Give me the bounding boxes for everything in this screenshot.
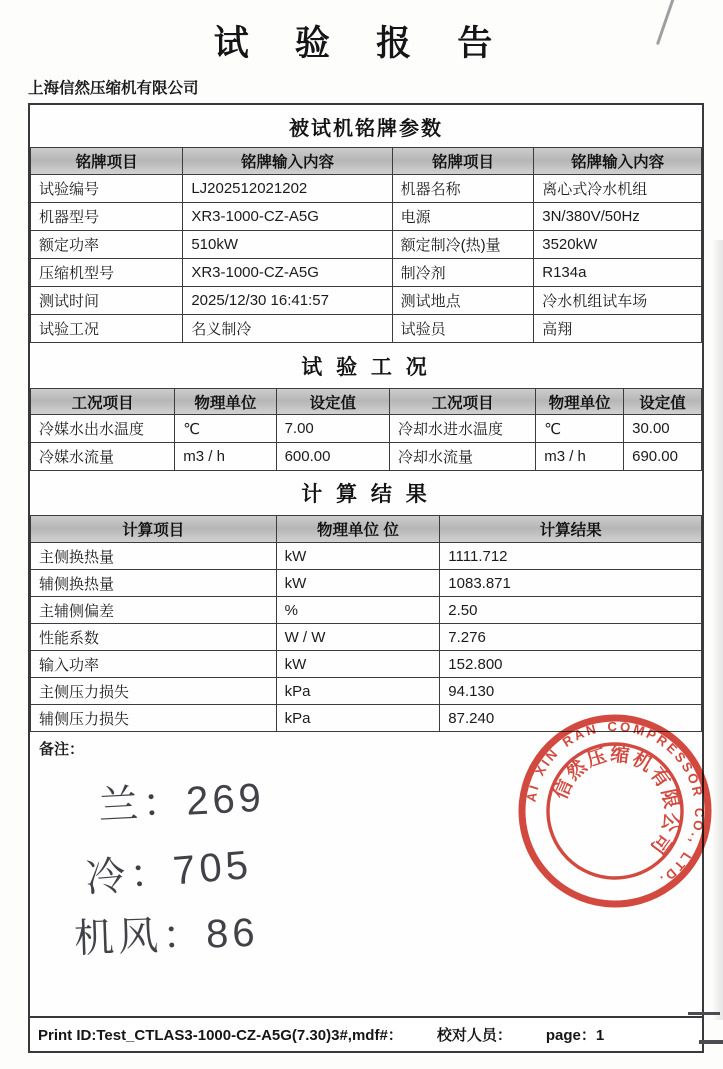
- column-header: 工况项目: [389, 389, 535, 415]
- table-row: 输入功率 kW 152.800: [31, 651, 702, 678]
- cell-unit: m3 / h: [536, 443, 624, 471]
- cell-label: 冷却水流量: [389, 443, 535, 471]
- section-title-nameplate: 被试机铭牌参数: [30, 105, 702, 147]
- photo-edge-shade: [712, 240, 723, 1020]
- cell-value: 2.50: [440, 597, 702, 624]
- cell-value: 510kW: [183, 231, 392, 259]
- nameplate-table: 铭牌项目 铭牌输入内容 铭牌项目 铭牌输入内容 试验编号 LJ202512021…: [30, 147, 702, 343]
- cell-label: 辅侧换热量: [31, 570, 277, 597]
- cell-label: 辅侧压力损失: [31, 705, 277, 732]
- cell-label: 主辅侧偏差: [31, 597, 277, 624]
- cell-value: 94.130: [440, 678, 702, 705]
- scan-artifact: [699, 1040, 723, 1044]
- column-header: 物理单位: [175, 389, 276, 415]
- cell-unit: ℃: [536, 415, 624, 443]
- cell-value: XR3-1000-CZ-A5G: [183, 259, 392, 287]
- section-title-results: 计 算 结 果: [30, 471, 702, 515]
- table-row: 主侧换热量 kW 1111.712: [31, 543, 702, 570]
- handwritten-note: 兰：269: [97, 766, 267, 832]
- table-row: 冷媒水流量 m3 / h 600.00 冷却水流量 m3 / h 690.00: [31, 443, 702, 471]
- cell-value: 1111.712: [440, 543, 702, 570]
- cell-label: 冷媒水出水温度: [31, 415, 175, 443]
- cell-label: 试验员: [392, 315, 534, 343]
- column-header: 计算结果: [440, 516, 702, 543]
- column-header: 铭牌项目: [31, 148, 183, 175]
- column-header: 铭牌输入内容: [534, 148, 702, 175]
- cell-unit: kPa: [276, 705, 440, 732]
- table-row: 试验编号 LJ202512021202 机器名称 离心式冷水机组: [31, 175, 702, 203]
- cell-value: 7.00: [276, 415, 389, 443]
- nameplate-header-row: 铭牌项目 铭牌输入内容 铭牌项目 铭牌输入内容: [31, 148, 702, 175]
- cell-label: 电源: [392, 203, 534, 231]
- scan-artifact: [688, 1012, 720, 1015]
- cell-label: 冷媒水流量: [31, 443, 175, 471]
- table-row: 性能系数 W / W 7.276: [31, 624, 702, 651]
- cell-value: 离心式冷水机组: [534, 175, 702, 203]
- cell-value: 名义制冷: [183, 315, 392, 343]
- cell-unit: kW: [276, 543, 440, 570]
- cell-label: 输入功率: [31, 651, 277, 678]
- conditions-table: 工况项目 物理单位 设定值 工况项目 物理单位 设定值 冷媒水出水温度 ℃ 7.…: [30, 388, 702, 471]
- cell-value: 152.800: [440, 651, 702, 678]
- table-row: 测试时间 2025/12/30 16:41:57 测试地点 冷水机组试车场: [31, 287, 702, 315]
- column-header: 设定值: [624, 389, 702, 415]
- cell-unit: kW: [276, 651, 440, 678]
- table-row: 辅侧压力损失 kPa 87.240: [31, 705, 702, 732]
- table-row: 冷媒水出水温度 ℃ 7.00 冷却水进水温度 ℃ 30.00: [31, 415, 702, 443]
- cell-value: 690.00: [624, 443, 702, 471]
- cell-label: 测试时间: [31, 287, 183, 315]
- cell-label: 试验工况: [31, 315, 183, 343]
- column-header: 设定值: [276, 389, 389, 415]
- table-row: 主侧压力损失 kPa 94.130: [31, 678, 702, 705]
- remarks-section: 备注： 兰：269 冷：705 机风：86: [30, 732, 702, 1016]
- cell-value: LJ202512021202: [183, 175, 392, 203]
- table-row: 压缩机型号 XR3-1000-CZ-A5G 制冷剂 R134a: [31, 259, 702, 287]
- cell-value: 87.240: [440, 705, 702, 732]
- cell-value: XR3-1000-CZ-A5G: [183, 203, 392, 231]
- table-row: 试验工况 名义制冷 试验员 高翔: [31, 315, 702, 343]
- cell-label: 主侧换热量: [31, 543, 277, 570]
- cell-label: 冷却水进水温度: [389, 415, 535, 443]
- reviewer-label: 校对人员：: [437, 1024, 512, 1045]
- handwritten-note: 机风：86: [73, 901, 259, 964]
- cell-unit: kW: [276, 570, 440, 597]
- cell-unit: W / W: [276, 624, 440, 651]
- cell-unit: %: [276, 597, 440, 624]
- section-title-conditions: 试 验 工 况: [30, 343, 702, 388]
- company-name: 上海信然压缩机有限公司: [28, 76, 199, 98]
- cell-label: 主侧压力损失: [31, 678, 277, 705]
- cell-value: 冷水机组试车场: [534, 287, 702, 315]
- page-number: page：1: [546, 1024, 604, 1045]
- results-header-row: 计算项目 物理单位 位 计算结果: [31, 516, 702, 543]
- handwritten-note: 冷：705: [83, 833, 254, 904]
- cell-label: 测试地点: [392, 287, 534, 315]
- table-row: 辅侧换热量 kW 1083.871: [31, 570, 702, 597]
- cell-value: 3520kW: [534, 231, 702, 259]
- column-header: 铭牌项目: [392, 148, 534, 175]
- cell-label: 机器名称: [392, 175, 534, 203]
- column-header: 铭牌输入内容: [183, 148, 392, 175]
- column-header: 物理单位: [536, 389, 624, 415]
- cell-value: 1083.871: [440, 570, 702, 597]
- cell-value: 高翔: [534, 315, 702, 343]
- table-row: 主辅侧偏差 % 2.50: [31, 597, 702, 624]
- cell-unit: m3 / h: [175, 443, 276, 471]
- cell-value: 30.00: [624, 415, 702, 443]
- report-body: 被试机铭牌参数 铭牌项目 铭牌输入内容 铭牌项目 铭牌输入内容 试验编号 LJ2…: [28, 103, 704, 1053]
- column-header: 计算项目: [31, 516, 277, 543]
- cell-label: 制冷剂: [392, 259, 534, 287]
- cell-value: 600.00: [276, 443, 389, 471]
- table-row: 额定功率 510kW 额定制冷(热)量 3520kW: [31, 231, 702, 259]
- report-footer: Print ID:Test_CTLAS3-1000-CZ-A5G(7.30)3#…: [30, 1016, 702, 1051]
- cell-unit: ℃: [175, 415, 276, 443]
- column-header: 工况项目: [31, 389, 175, 415]
- remarks-label: 备注：: [30, 732, 702, 759]
- print-id: Print ID:Test_CTLAS3-1000-CZ-A5G(7.30)3#…: [38, 1024, 403, 1045]
- cell-label: 额定制冷(热)量: [392, 231, 534, 259]
- conditions-header-row: 工况项目 物理单位 设定值 工况项目 物理单位 设定值: [31, 389, 702, 415]
- cell-value: 7.276: [440, 624, 702, 651]
- cell-label: 压缩机型号: [31, 259, 183, 287]
- page-title: 试 验 报 告: [0, 16, 723, 66]
- cell-value: 3N/380V/50Hz: [534, 203, 702, 231]
- table-row: 机器型号 XR3-1000-CZ-A5G 电源 3N/380V/50Hz: [31, 203, 702, 231]
- column-header: 物理单位 位: [276, 516, 440, 543]
- cell-value: 2025/12/30 16:41:57: [183, 287, 392, 315]
- cell-label: 试验编号: [31, 175, 183, 203]
- cell-label: 机器型号: [31, 203, 183, 231]
- results-table: 计算项目 物理单位 位 计算结果 主侧换热量 kW 1111.712 辅侧换热量…: [30, 515, 702, 732]
- cell-unit: kPa: [276, 678, 440, 705]
- cell-label: 性能系数: [31, 624, 277, 651]
- cell-value: R134a: [534, 259, 702, 287]
- cell-label: 额定功率: [31, 231, 183, 259]
